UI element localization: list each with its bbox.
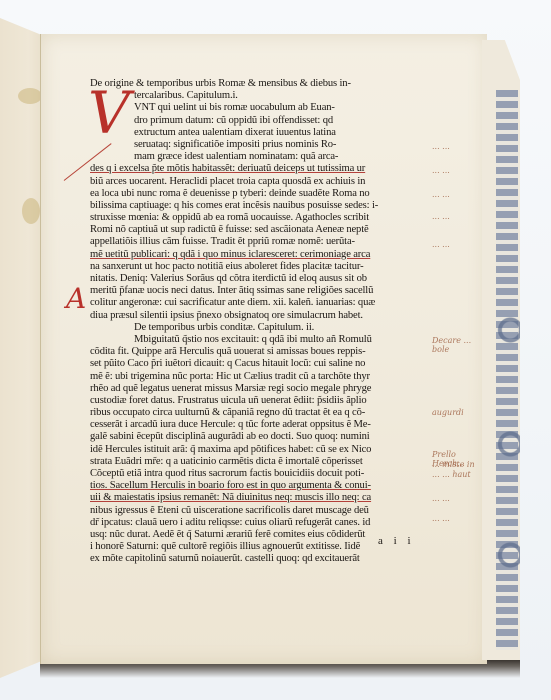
text-line: Cõceptũ etiã intra quod ritus sacrorum f… bbox=[90, 468, 430, 480]
text-line: custodiæ foret datus. Frustratus uicula … bbox=[90, 395, 430, 407]
text-line: biũ arces uocarent. Heraclidi placet tro… bbox=[90, 176, 430, 188]
marginal-note: ... ... haut bbox=[432, 470, 484, 479]
signature-mark: a i i bbox=[378, 535, 415, 547]
text-line: idẽ Hercules istituit arã: q̃ maxima apd… bbox=[90, 444, 430, 456]
text-block: De origine & temporibus urbis Romæ & men… bbox=[90, 78, 430, 566]
text-line: rhẽo ad quẽ legatus uenerat missus Marsi… bbox=[90, 383, 430, 395]
text-line: strata Euãdri mr̃e: q a uaticinio carmẽt… bbox=[90, 456, 430, 468]
marginal-note: ... ... bbox=[432, 190, 484, 199]
text-line: struxisse mœnia: & oppidũ ab ea romã uoc… bbox=[90, 212, 430, 224]
text-line: VNT qui uelint ui bis romæ uocabulum ab … bbox=[90, 102, 430, 114]
text-line: galẽ sabini ẽcepũt disciplinã augurãdi a… bbox=[90, 431, 430, 443]
text-line: mam græce idest ualentiam nominatam: quã… bbox=[90, 151, 430, 163]
text-line: set pũito Caco p̃ri iuẽtori dicauit: q C… bbox=[90, 358, 430, 370]
rubricated-initial-a: A bbox=[66, 285, 86, 313]
text-line: meritũ p̃fanæ uocis neci datus. Inter ãt… bbox=[90, 285, 430, 297]
marginal-note: ... ... bbox=[432, 212, 484, 221]
marginal-note: ... ... bbox=[432, 514, 484, 523]
marginal-note: ... ... bbox=[432, 166, 484, 175]
chapter-heading: De temporibus urbis conditæ. Capitulum. … bbox=[90, 322, 430, 334]
text-line: mẽ ẽ: ubi trigemina nũc porta: Hic ut Cæ… bbox=[90, 371, 430, 383]
text-line: ribus occupato circa uulturnũ & cãpaniã … bbox=[90, 407, 430, 419]
text-line: des q i excelsa p̃te mõtis habitassẽt: d… bbox=[90, 163, 430, 175]
text-line: diua præsul silentii ipsius p̃nexo obsig… bbox=[90, 310, 430, 322]
marginal-note: ... ... bbox=[432, 494, 484, 503]
text-line: tios. Sacellum Herculis in boario foro e… bbox=[90, 480, 430, 492]
text-line: ex mõte capitolinũ saturnũ noiauerũt. ca… bbox=[90, 553, 430, 565]
text-line: Mbiguitatũ q̃stio nos excitauit: q qdã i… bbox=[90, 334, 430, 346]
marginal-note: ... miste in bbox=[432, 460, 484, 469]
text-line: cesserãt i arcadũ iura duce Hercule: q t… bbox=[90, 419, 430, 431]
text-line: bilissima captiuage: q his comes erat in… bbox=[90, 200, 430, 212]
text-line: ea loca ubi nunc roma ẽ deuenisse p tybe… bbox=[90, 188, 430, 200]
text-line: dro primum datum: cũ oppidũ ibi offendis… bbox=[90, 115, 430, 127]
text-line: dr̃ ipcatus: clauã uero i aditu reliqsse… bbox=[90, 517, 430, 529]
text-line: extructum antea ualentiam dixerat iuuent… bbox=[90, 127, 430, 139]
marginal-note: ... ... bbox=[432, 142, 484, 151]
chapter-heading: De origine & temporibus urbis Romæ & men… bbox=[90, 78, 430, 90]
text-line: cõdita fit. Quippe arã Herculis quã uoue… bbox=[90, 346, 430, 358]
chapter-heading-cont: tercalaribus. Capitulum.i. bbox=[90, 90, 430, 102]
text-line: colitur angeronæ: cui sacrificatur ante … bbox=[90, 297, 430, 309]
marginal-note: Decare ... bole bbox=[432, 336, 484, 354]
text-line: mẽ uetitũ publicari: q qdã i quo minus i… bbox=[90, 249, 430, 261]
marginal-note: augurdi bbox=[432, 408, 484, 417]
text-line: nibus igressus ẽ Eteni cũ uisceratione s… bbox=[90, 505, 430, 517]
text-line: na sanxerunt ut hoc pacto notitiã eius a… bbox=[90, 261, 430, 273]
text-line: nitatis. Deniq: Valerius Sorãus qd cõtra… bbox=[90, 273, 430, 285]
text-line: seruataq: significatiõe impositi prius n… bbox=[90, 139, 430, 151]
fore-edge bbox=[482, 40, 520, 660]
stain bbox=[18, 88, 42, 104]
stain bbox=[22, 198, 40, 224]
text-line: Romi nõ captiuã ut sup radictũ ẽ fuisse:… bbox=[90, 224, 430, 236]
showthrough-letters bbox=[496, 300, 520, 600]
text-line: appellatiõis illius cãm fuisse. Tradit ẽ… bbox=[90, 236, 430, 248]
text-line: uii & maiestatis ipsius remanẽt: Nã diui… bbox=[90, 492, 430, 504]
marginal-note: ... ... bbox=[432, 240, 484, 249]
